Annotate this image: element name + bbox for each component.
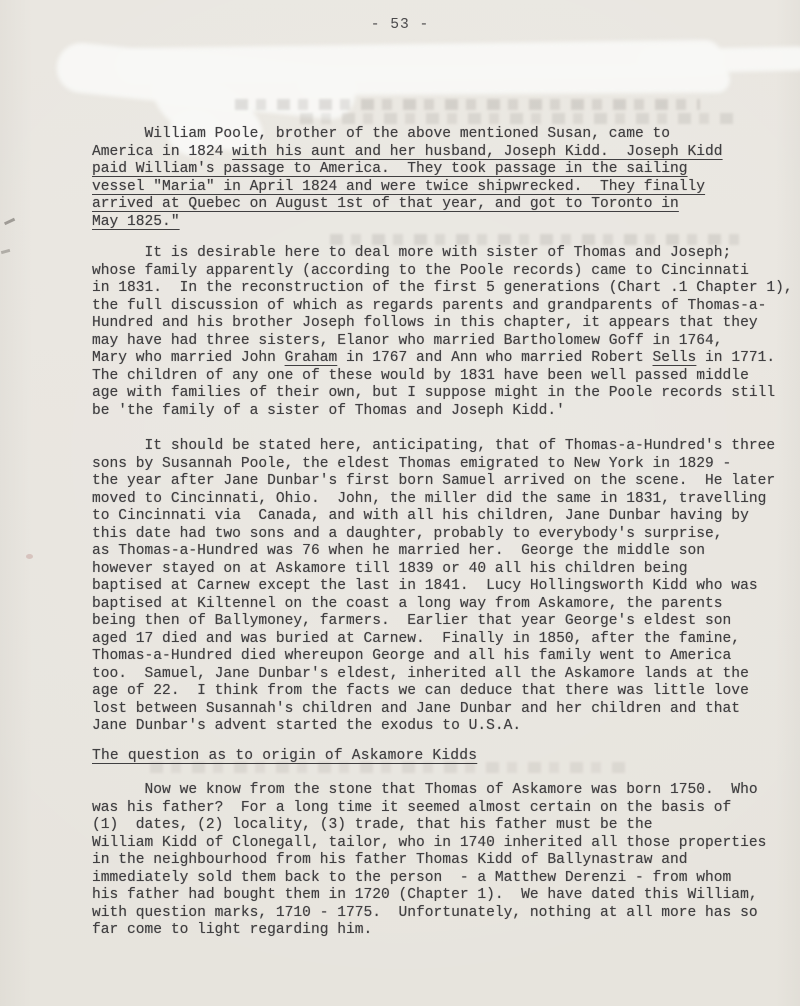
- pencil-mark: [1, 249, 10, 254]
- text-line: was his father? For a long time it seeme…: [92, 800, 800, 818]
- text-line: too. Samuel, Jane Dunbar's eldest, inher…: [92, 666, 800, 684]
- text-line: age with families of their own, but I su…: [92, 385, 800, 403]
- text-line: to Cincinnati via Canada, and with all h…: [92, 508, 800, 526]
- whiteout-blob: [300, 66, 730, 95]
- text-line: being then of Ballymoney, farmers. Earli…: [92, 613, 800, 631]
- text-line: Thomas-a-Hundred died whereupon George a…: [92, 648, 800, 666]
- text-line: It should be stated here, anticipating, …: [92, 438, 800, 456]
- ghost-text-smudge: [235, 99, 700, 110]
- text-line: William Kidd of Clonegall, tailor, who i…: [92, 835, 800, 853]
- ghost-text-smudge: [300, 113, 740, 124]
- text-line: in the neighbourhood from his father Tho…: [92, 852, 800, 870]
- text-line: paid William's passage to America. They …: [92, 161, 800, 179]
- text-line: whose family apparently (according to th…: [92, 263, 800, 281]
- text-line: as Thomas-a-Hundred was 76 when he marri…: [92, 543, 800, 561]
- text-line: The question as to origin of Askamore Ki…: [92, 748, 800, 766]
- whiteout-blob: [640, 46, 800, 74]
- document-text: William Poole, brother of the above ment…: [92, 126, 800, 940]
- text-line: lost between Susannah's children and Jan…: [92, 701, 800, 719]
- text-line: America in 1824 with his aunt and her hu…: [92, 144, 800, 162]
- text-line: this date had two sons and a daughter, p…: [92, 526, 800, 544]
- whiteout-blob: [118, 40, 722, 82]
- text-line: aged 17 died and was buried at Carnew. F…: [92, 631, 800, 649]
- text-line: immediately sold them back to the person…: [92, 870, 800, 888]
- text-line: Now we know from the stone that Thomas o…: [92, 782, 800, 800]
- text-line: the year after Jane Dunbar's first born …: [92, 473, 800, 491]
- paper-blemish: [26, 554, 33, 559]
- text-line: (1) dates, (2) locality, (3) trade, that…: [92, 817, 800, 835]
- text-line: sons by Susannah Poole, the eldest Thoma…: [92, 456, 800, 474]
- pencil-mark: [4, 218, 15, 225]
- text-line: in 1831. In the reconstruction of the fi…: [92, 280, 800, 298]
- paragraph: It is desirable here to deal more with s…: [92, 245, 800, 420]
- text-line: Hundred and his brother Joseph follows i…: [92, 315, 800, 333]
- text-line: vessel "Maria" in April 1824 and were tw…: [92, 179, 800, 197]
- page-number: - 53 -: [0, 17, 800, 33]
- text-line: arrived at Quebec on August 1st of that …: [92, 196, 800, 214]
- text-line: age of 22. I think from the facts we can…: [92, 683, 800, 701]
- paragraph: It should be stated here, anticipating, …: [92, 438, 800, 736]
- text-line: baptised at Carnew except the last in 18…: [92, 578, 800, 596]
- text-line: however stayed on at Askamore till 1839 …: [92, 561, 800, 579]
- text-line: may have had three sisters, Elanor who m…: [92, 333, 800, 351]
- text-line: his father had bought them in 1720 (Chap…: [92, 887, 800, 905]
- text-line: be 'the family of a sister of Thomas and…: [92, 403, 800, 421]
- text-line: with question marks, 1710 - 1775. Unfort…: [92, 905, 800, 923]
- document-page: - 53 - William Poole, brother of the abo…: [0, 0, 800, 1006]
- paragraph: Now we know from the stone that Thomas o…: [92, 782, 800, 940]
- section-heading: The question as to origin of Askamore Ki…: [92, 748, 800, 766]
- text-line: William Poole, brother of the above ment…: [92, 126, 800, 144]
- text-line: May 1825.": [92, 214, 800, 232]
- text-line: moved to Cincinnati, Ohio. John, the mil…: [92, 491, 800, 509]
- text-line: Mary who married John Graham in 1767 and…: [92, 350, 800, 368]
- paragraph: William Poole, brother of the above ment…: [92, 126, 800, 231]
- text-line: It is desirable here to deal more with s…: [92, 245, 800, 263]
- text-line: the full discussion of which as regards …: [92, 298, 800, 316]
- text-line: The children of any one of these would b…: [92, 368, 800, 386]
- text-line: far come to light regarding him.: [92, 922, 800, 940]
- text-line: Jane Dunbar's advent started the exodus …: [92, 718, 800, 736]
- text-line: baptised at Kiltennel on the coast a lon…: [92, 596, 800, 614]
